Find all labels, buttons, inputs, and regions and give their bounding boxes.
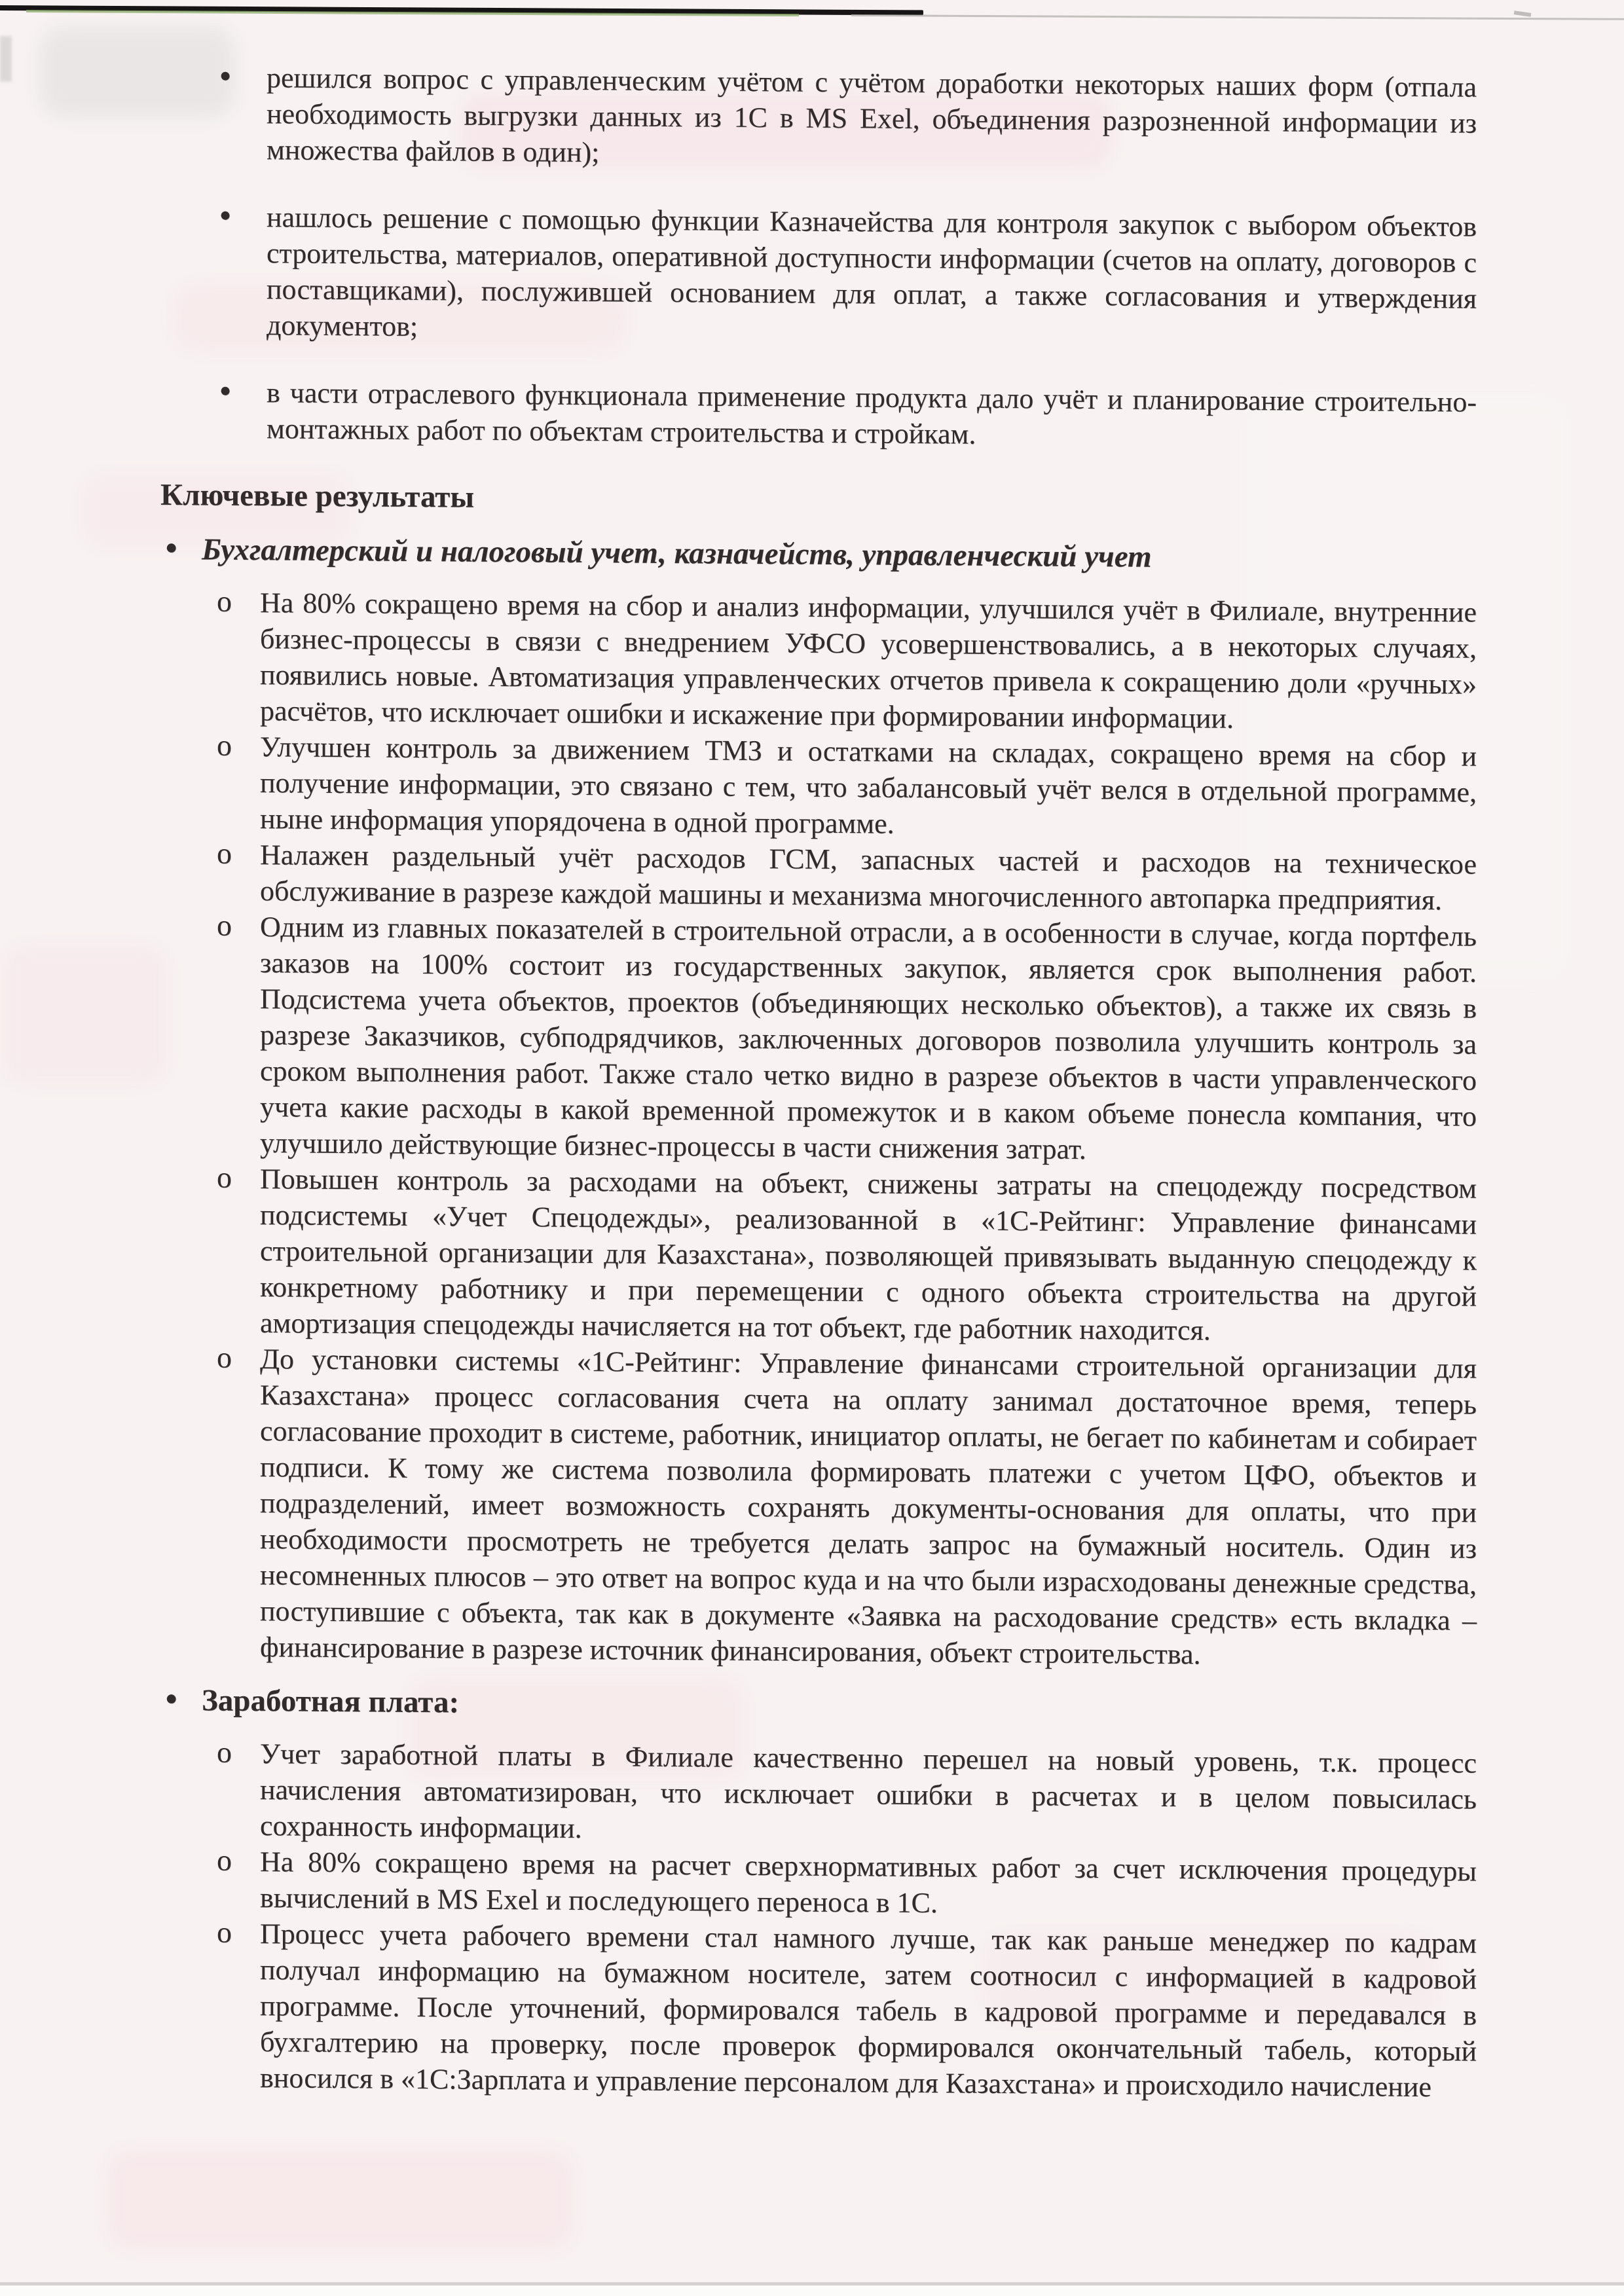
list-item: ● в части отраслевого функционала примен… [267,374,1477,456]
circle-bullet-icon: o [217,1159,232,1195]
list-item-text: На 80% сокращено время на сбор и анализ … [260,587,1477,735]
bullet-dot-icon: ● [219,197,231,233]
list-item: o На 80% сокращено время на сбор и анали… [260,585,1477,738]
list-item-text: До установки системы «1С-Рейтинг: Управл… [260,1343,1477,1670]
list-item: o Одним из главных показателей в строите… [260,909,1477,1171]
list-item-text: Улучшен контроль за движением ТМЗ и оста… [260,731,1477,840]
section-title-text: Заработная плата: [202,1683,459,1719]
list-item: o Налажен раздельный учёт расходов ГСМ, … [260,837,1477,919]
circle-bullet-icon: o [217,1339,232,1376]
list-item-text: Учет заработной платы в Филиале качестве… [260,1738,1477,1844]
list-item-text: На 80% сокращено время на расчет сверхно… [260,1846,1477,1919]
scanned-document-page: ● решился вопрос с управленческим учётом… [0,0,1624,2296]
list-item-text: Налажен раздельный учёт расходов ГСМ, за… [260,839,1477,916]
circle-bullet-icon: o [217,1842,232,1878]
list-item-text: Повышен контроль за расходами на объект,… [260,1163,1477,1346]
scan-artifact-bottom-band [0,2286,1624,2296]
list-item: o Улучшен контроль за движением ТМЗ и ос… [260,729,1477,847]
list-item: o Повышен контроль за расходами на объек… [260,1161,1477,1351]
bullet-dot-icon: ● [219,58,231,94]
list-item-text: нашлось решение с помощью функции Казнач… [267,201,1477,342]
section-title-text: Бухгалтерский и налоговый учет, казначей… [202,532,1152,574]
circle-bullet-icon: o [217,583,232,619]
list-item: ● решился вопрос с управленческим учётом… [267,60,1477,177]
list-item-text: решился вопрос с управленческим учётом с… [267,62,1477,168]
circle-bullet-icon: o [217,1734,232,1770]
document-body: ● решился вопрос с управленческим учётом… [0,58,1477,2105]
bullet-dot-icon: ● [165,529,177,565]
scan-blotch [105,2147,576,2252]
list-item-text: Одним из главных показателей в строитель… [260,911,1477,1165]
circle-bullet-icon: o [217,835,232,871]
bullet-dot-icon: ● [219,373,231,409]
list-item: o Учет заработной платы в Филиале качест… [260,1736,1477,1853]
accounting-sub-list: o На 80% сокращено время на сбор и анали… [0,583,1477,1675]
intro-bullet-list: ● решился вопрос с управленческим учётом… [0,58,1477,456]
list-item: ● нашлось решение с помощью функции Казн… [267,199,1477,353]
section-title-accounting: ● Бухгалтерский и налоговый учет, казнач… [202,532,1477,577]
scan-artifact-top-gray-line [851,14,1624,20]
circle-bullet-icon: o [217,907,232,943]
list-item: o До установки системы «1С-Рейтинг: Упра… [260,1341,1477,1675]
section-title-salary: ● Заработная плата: [202,1683,1477,1728]
list-item: o Процесс учета рабочего времени стал на… [260,1916,1477,2105]
circle-bullet-icon: o [217,727,232,763]
list-item: o На 80% сокращено время на расчет сверх… [260,1844,1477,1925]
list-item-text: в части отраслевого функционала применен… [267,376,1477,450]
page-heading: Ключевые результаты [160,477,1477,524]
salary-sub-list: o Учет заработной платы в Филиале качест… [0,1734,1477,2105]
bullet-dot-icon: ● [165,1680,177,1716]
list-item-text: Процесс учета рабочего времени стал намн… [260,1918,1477,2103]
scan-artifact-top-right-mark [1514,10,1532,17]
circle-bullet-icon: o [217,1914,232,1950]
